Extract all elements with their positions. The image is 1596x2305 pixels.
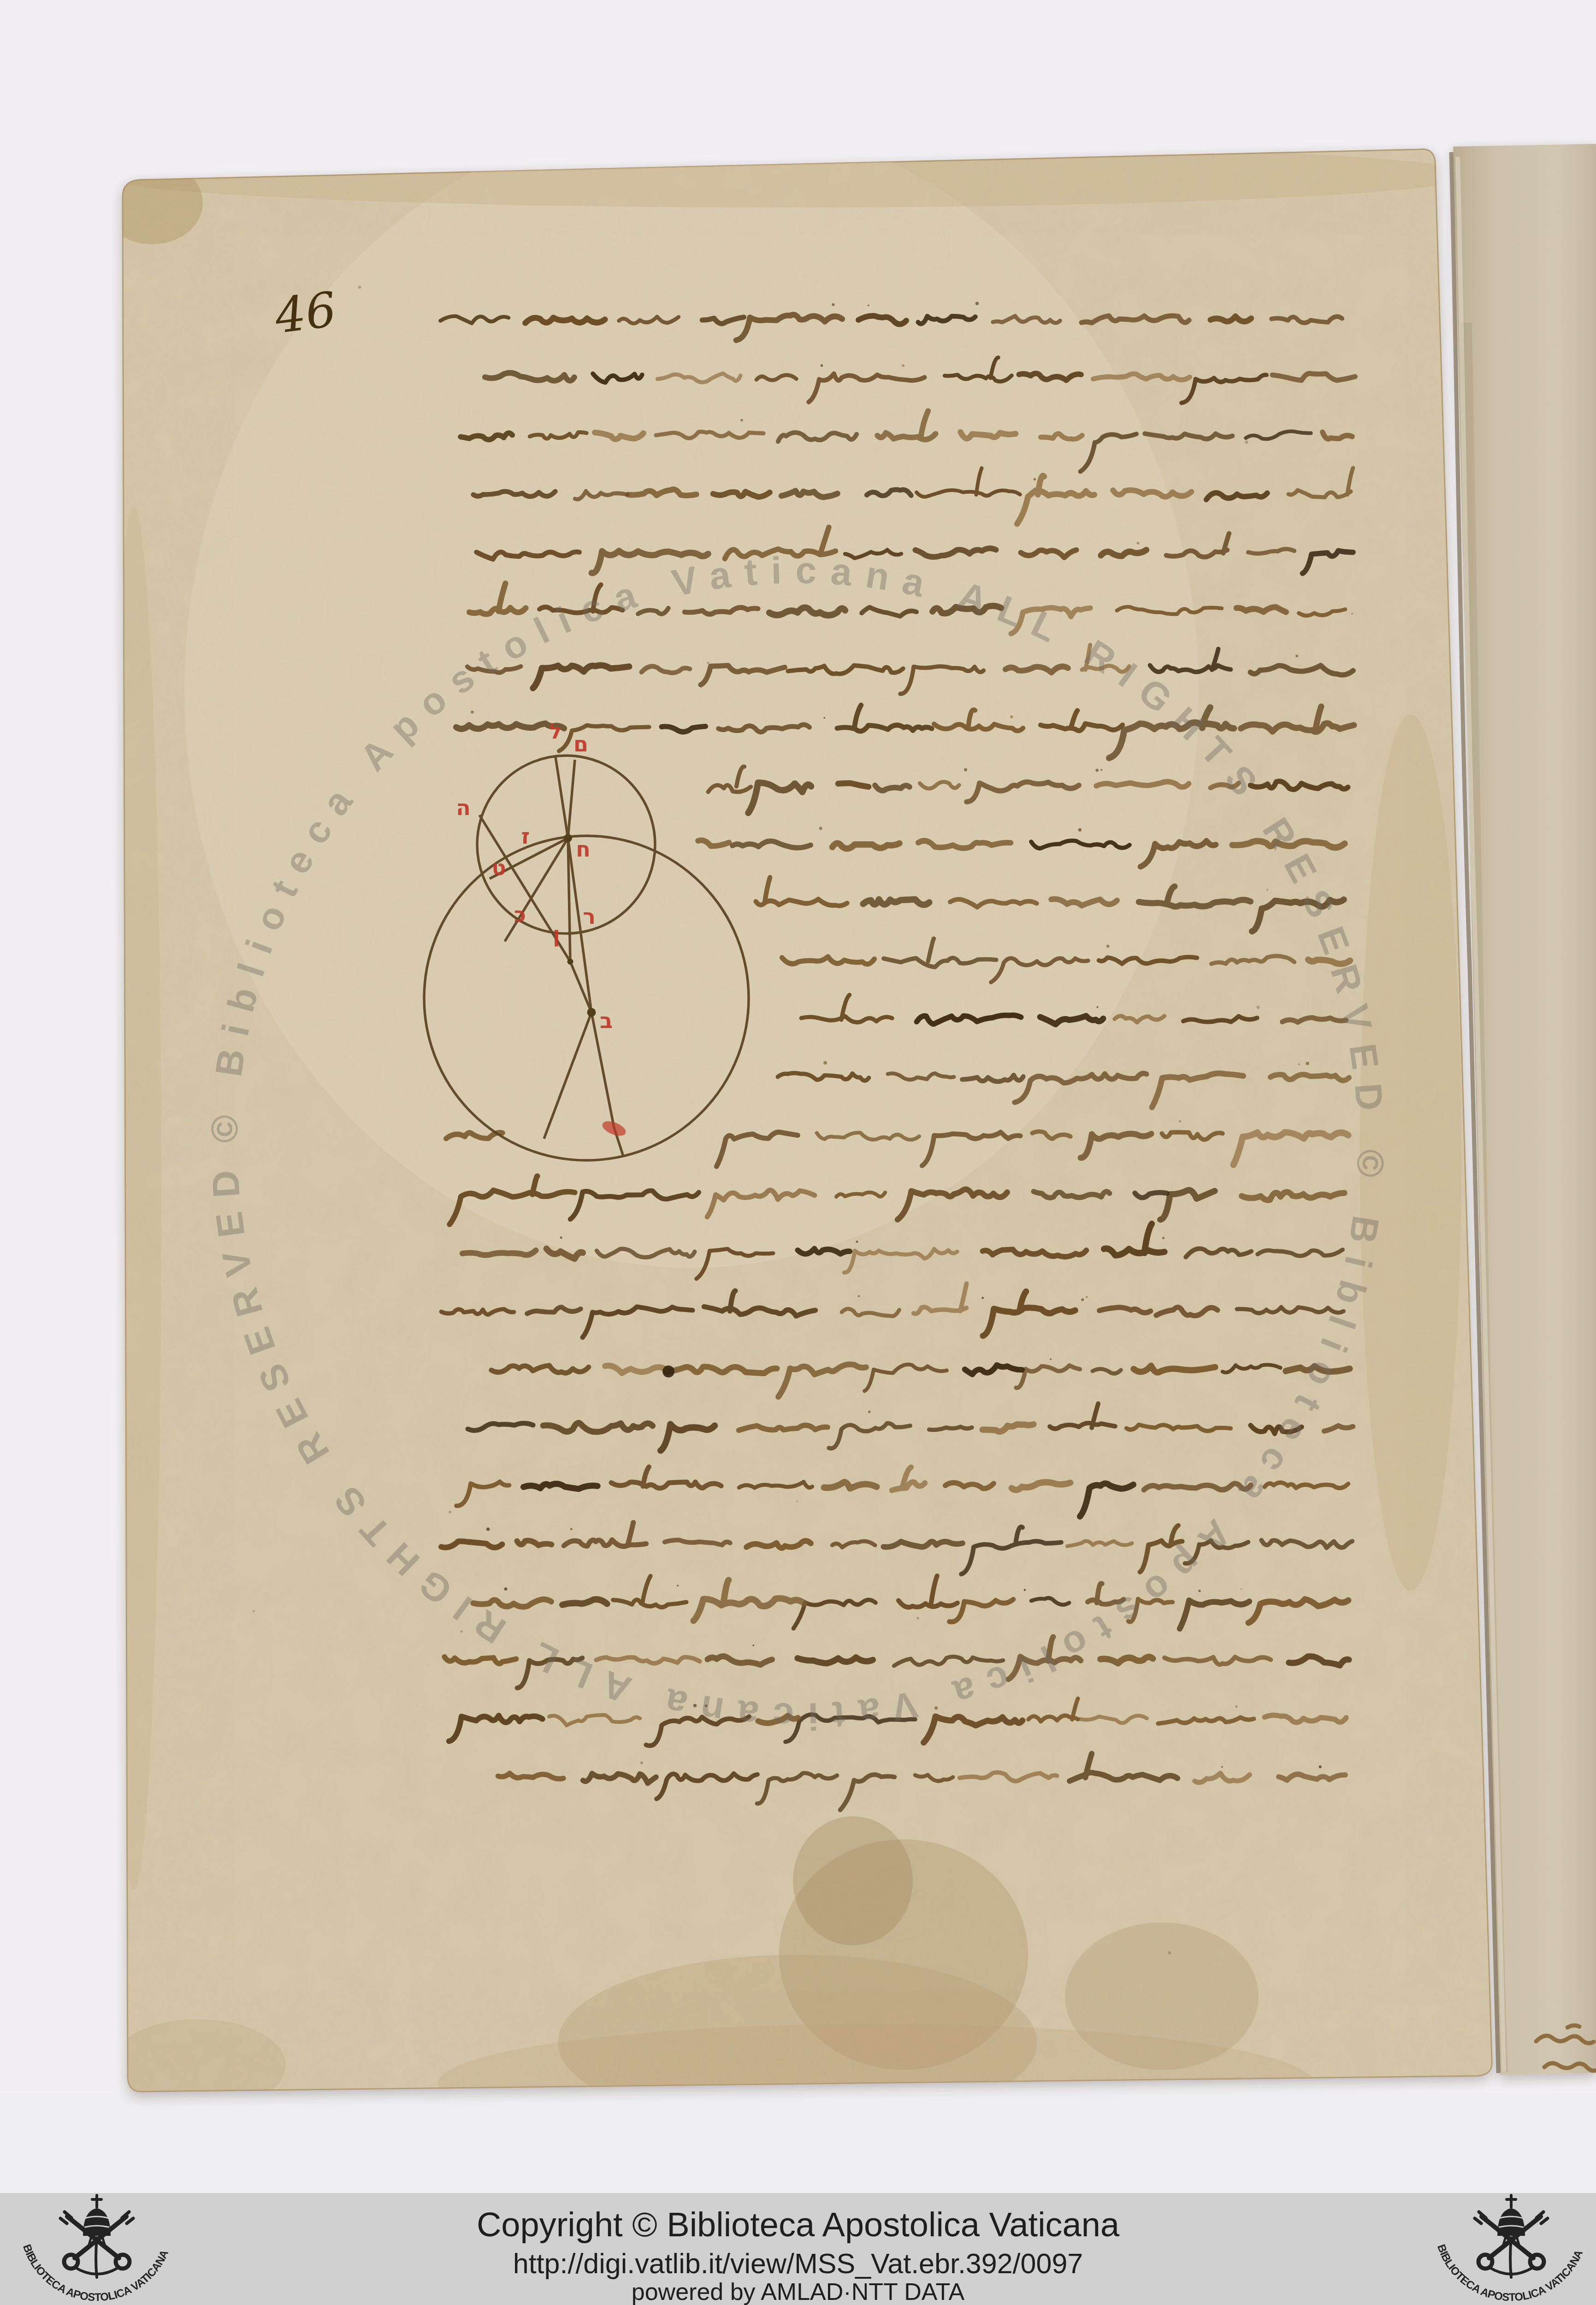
ink-speck	[486, 1527, 490, 1531]
paper-speck	[358, 286, 361, 289]
footer-powered-by: powered by AMLAD·NTT DATA	[632, 2279, 965, 2305]
ink-speck	[821, 364, 823, 367]
paper-speck	[1266, 889, 1268, 891]
ink-speck	[504, 1587, 508, 1590]
ink-speck	[964, 768, 967, 771]
ink-speck	[868, 1411, 870, 1413]
diagram-point	[564, 834, 572, 842]
handwriting-stroke	[1236, 607, 1286, 612]
diagram-label-ן: ן	[553, 922, 560, 946]
ink-speck	[471, 710, 474, 714]
paper-speck	[1351, 613, 1354, 615]
ink-speck	[1096, 1006, 1098, 1008]
ink-speck	[1106, 945, 1109, 947]
paper-speck	[796, 1501, 798, 1502]
ink-speck	[640, 1761, 643, 1764]
paper-speck	[1240, 1588, 1242, 1590]
ink-speck	[1100, 769, 1102, 771]
paper-speck	[1257, 1006, 1260, 1009]
folio-number: 46	[272, 281, 339, 344]
ink-speck	[1319, 1765, 1322, 1768]
ink-speck	[1050, 1358, 1052, 1360]
ink-speck	[1306, 1062, 1309, 1065]
paper-speck	[707, 662, 709, 664]
diagram-label-ב: ב	[600, 1008, 613, 1033]
ink-speck	[1024, 1589, 1026, 1591]
ink-speck	[823, 717, 825, 719]
footer-copyright: Copyright © Biblioteca Apostolica Vatica…	[477, 2205, 1120, 2244]
paper-speck	[253, 1610, 255, 1613]
diagram-label-ט: ט	[491, 855, 506, 880]
ink-speck	[677, 1585, 679, 1587]
ink-speck	[740, 419, 743, 422]
ink-speck	[1078, 828, 1082, 832]
paper-speck	[449, 1511, 451, 1513]
ink-speck	[1235, 1706, 1237, 1708]
handwriting-stroke	[517, 1541, 552, 1545]
handwriting-stroke	[863, 899, 929, 905]
ink-speck	[867, 304, 869, 306]
paper-speck	[1245, 441, 1248, 443]
handwriting-stroke	[1134, 1365, 1215, 1372]
diagram-label-ר: ר	[583, 904, 596, 929]
ink-speck	[1034, 478, 1036, 480]
ink-speck	[1095, 769, 1099, 772]
ink-speck	[981, 1297, 984, 1299]
diagram-label-כ: כ	[514, 902, 526, 927]
ink-speck	[1221, 1766, 1223, 1768]
diagram-point	[587, 1008, 596, 1017]
ink-speck	[1081, 1298, 1084, 1301]
ink-speck	[1086, 1296, 1088, 1298]
ink-speck	[570, 1528, 573, 1531]
paper-speck	[916, 1617, 919, 1619]
diagram-label-ם: ם	[573, 732, 588, 757]
ink-speck	[856, 1241, 858, 1243]
ink-speck	[858, 1295, 860, 1297]
diagram-label-ח: ח	[576, 837, 591, 862]
ink-speck	[1010, 715, 1013, 718]
ink-speck	[560, 1236, 562, 1239]
handwriting-stroke	[798, 1657, 873, 1663]
ink-speck	[1137, 542, 1140, 544]
ink-speck	[902, 364, 904, 367]
diagram-label-ז: ז	[521, 824, 530, 849]
ink-speck	[1298, 1064, 1300, 1065]
backdrop-bottom-band	[0, 2093, 1596, 2194]
diagram-label-ל: ל	[549, 719, 562, 744]
digitized-manuscript-scan: 46 לםהזחטכרןב © Biblioteca Apostolica Va…	[0, 0, 1596, 2305]
paper-speck	[1168, 1951, 1171, 1954]
ink-speck	[1295, 655, 1298, 657]
ink-speck	[1198, 1590, 1200, 1592]
ink-speck	[752, 1644, 754, 1646]
ink-speck	[832, 303, 834, 306]
diagram-label-ה: ה	[456, 795, 471, 820]
ink-speck	[819, 827, 822, 830]
ink-speck	[975, 302, 979, 305]
footer-url[interactable]: http://digi.vatlib.it/view/MSS_Vat.ebr.3…	[513, 2248, 1083, 2279]
ink-speck	[823, 1061, 827, 1065]
ink-blot	[662, 1365, 674, 1377]
ink-speck	[1162, 1237, 1164, 1239]
diagram-point	[567, 959, 573, 965]
ink-speck	[1179, 1120, 1181, 1123]
footer: Copyright © Biblioteca Apostolica Vatica…	[0, 2193, 1596, 2305]
